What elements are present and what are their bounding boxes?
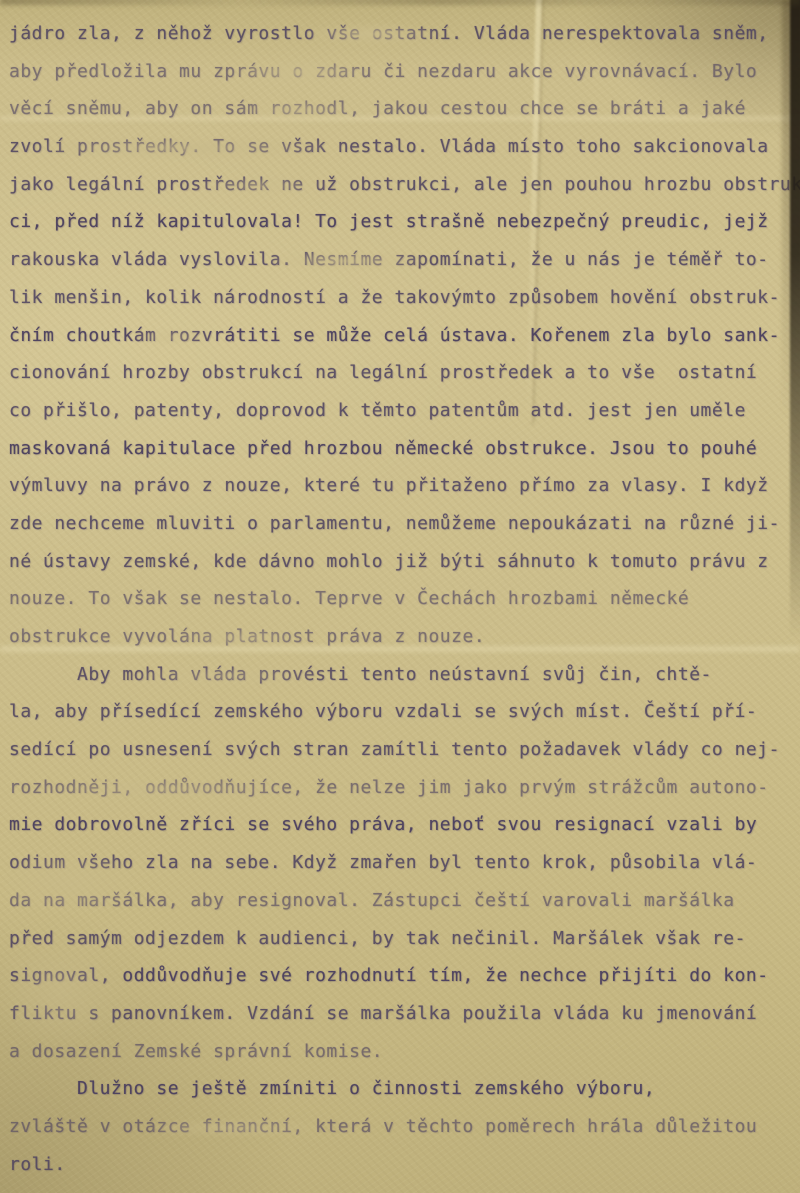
text-line: čním choutkám rozvrátiti se může celá ús…: [9, 317, 800, 355]
text-line: ci, před níž kapitulovala! To jest straš…: [9, 203, 800, 241]
text-line: maskovaná kapitulace před hrozbou německ…: [9, 430, 800, 468]
text-line: lik menšin, kolik národností a že takový…: [9, 279, 800, 317]
text-line: jádro zla, z něhož vyrostlo vše ostatní.…: [9, 15, 800, 53]
text-line: odium všeho zla na sebe. Když zmařen byl…: [9, 844, 800, 882]
paragraph-start-line: Aby mohla vláda provésti tento neústavní…: [9, 656, 800, 694]
text-line: da na maršálka, aby resignoval. Zástupci…: [9, 882, 800, 920]
text-line: mie dobrovolně zříci se svého práva, neb…: [9, 806, 800, 844]
text-line: rozhodněji, oddůvodňujíce, že nelze jim …: [9, 769, 800, 807]
text-line: a dosazení Zemské správní komise.: [9, 1033, 800, 1071]
text-line: co přišlo, patenty, doprovod k těmto pat…: [9, 392, 800, 430]
typewritten-text-block: jádro zla, z něhož vyrostlo vše ostatní.…: [9, 15, 800, 1183]
text-line: nouze. To však se nestalo. Teprve v Čech…: [9, 580, 800, 618]
text-line: signoval, oddůvodňuje své rozhodnutí tím…: [9, 957, 800, 995]
text-line: výmluvy na právo z nouze, které tu přita…: [9, 467, 800, 505]
text-line: před samým odjezdem k audienci, by tak n…: [9, 920, 800, 958]
text-line: rakouska vláda vyslovila. Nesmíme zapomí…: [9, 241, 800, 279]
paragraph-start-line: Dlužno se ještě zmíniti o činnosti zemsk…: [9, 1070, 800, 1108]
text-line: né ústavy zemské, kde dávno mohlo již bý…: [9, 543, 800, 581]
top-edge-shadow: [0, 0, 800, 5]
text-line: zvolí prostředky. To se však nestalo. Vl…: [9, 128, 800, 166]
text-line: obstrukce vyvolána platnost práva z nouz…: [9, 618, 800, 656]
text-line: cionování hrozby obstrukcí na legální pr…: [9, 354, 800, 392]
scanned-document: jádro zla, z něhož vyrostlo vše ostatní.…: [0, 0, 800, 1193]
text-line: sedící po usnesení svých stran zamítli t…: [9, 731, 800, 769]
text-line: jako legální prostředek ne už obstrukci,…: [9, 166, 800, 204]
page-edge-shadow: [790, 0, 800, 638]
text-line: věcí sněmu, aby on sám rozhodl, jakou ce…: [9, 90, 800, 128]
text-line: zde nechceme mluviti o parlamentu, nemůž…: [9, 505, 800, 543]
text-line: zvláště v otázce finanční, která v těcht…: [9, 1108, 800, 1146]
text-line: roli.: [9, 1146, 800, 1184]
text-line: fliktu s panovníkem. Vzdání se maršálka …: [9, 995, 800, 1033]
text-line: la, aby přísedící zemského výboru vzdali…: [9, 693, 800, 731]
text-line: aby předložila mu zprávu o zdaru či nezd…: [9, 53, 800, 91]
